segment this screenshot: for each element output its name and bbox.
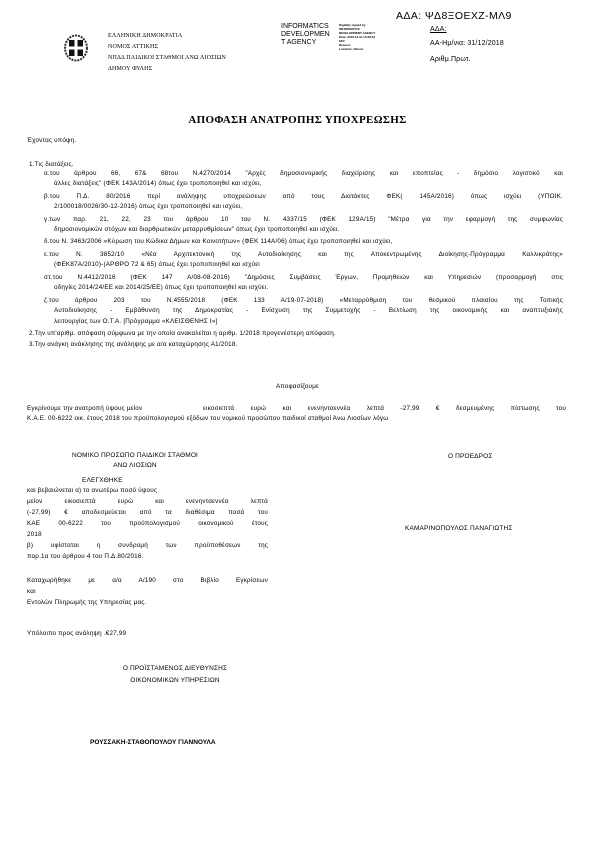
ada-label: ΑΔΑ: xyxy=(430,26,447,33)
provision-g-line-2: Αυτοδιοίκησης - Εμβάθυνση της Δημοκρατία… xyxy=(54,307,563,314)
verification-a-line-2: μείον εικοσιεπτά ευρώ και ενενηνταεννέα … xyxy=(27,498,268,505)
point-2: 2.Την υπ'αριθμ. απόφαση σύμφωνα με την ο… xyxy=(29,330,336,337)
registration-line-3: Εντολών Πληρωμής της Υπηρεσίας μας. xyxy=(27,599,146,606)
ada-code: ΑΔΑ: ΨΔ8ΞΟΕΧΖ-ΜΛ9 xyxy=(396,10,512,22)
verification-b-line-2: παρ.1α του άρθρου 4 του Π.Δ.80/2016. xyxy=(27,553,144,560)
document-title: ΑΠΟΦΑΣΗ ΑΝΑΤΡΟΠΗΣ ΥΠΟΧΡΕΩΣΗΣ xyxy=(0,114,595,126)
verification-a-line-3: (-27,99) € αποδεσμεύεται από τα διαθέσιμ… xyxy=(27,509,268,516)
signature-details: Digitally signed by INFORMATICS DEVELOPM… xyxy=(339,23,375,51)
intro-text: Έχοντας υπόψη. xyxy=(27,137,76,144)
provision-f-line-2: οδηγίες 2014/24/ΕΕ και 2014/25/ΕΕ) όπως … xyxy=(54,284,268,291)
director-title-line-2: ΟΙΚΟΝΟΜΙΚΩΝ ΥΠΗΡΕΣΙΩΝ xyxy=(0,677,350,684)
point-3: 3.Την ανάγκη ανάκλησης της ανάληψης με α… xyxy=(29,341,238,348)
agency-name: INFORMATICS DEVELOPMEN T AGENCY xyxy=(281,23,330,47)
provision-c-line-1: γ.των παρ. 21, 22, 23 του άρθρου 10 του … xyxy=(44,216,563,223)
director-title-line-1: Ο ΠΡΟΪΣΤΑΜΕΝΟΣ ΔΙΕΥΘΥΝΣΗΣ xyxy=(0,665,350,672)
decision-line-1b: εικοσιεπτά ευρώ και ενενηνταεννέα λεπτά … xyxy=(203,405,566,412)
provisions-heading: 1.Τις διατάξεις. xyxy=(29,161,74,168)
protocol-number: Αριθμ.Πρωτ. xyxy=(430,56,471,63)
remaining-amount: Υπόλοιπο προς ανάληψη .€27,99 xyxy=(27,630,126,637)
provision-b-line-1: β.του Π.Δ. 80/2016 περί ανάληψης υποχρεώ… xyxy=(44,193,563,200)
verification-a-line-5: 2018 xyxy=(27,531,42,538)
authority-line-prefecture: ΝΟΜΟΣ ΑΤΤΙΚΗΣ xyxy=(108,44,158,50)
director-name: ΡΟΥΣΣΑΚΗ-ΣΤΑΘΟΠΟΥΛΟΥ ΓΙΑΝΝΟΥΛΑ xyxy=(90,739,216,746)
authority-line-entity: ΝΠΔΔ ΠΑΙΔΙΚΟΙ ΣΤΑΘΜΟΙ ΑΝΩ ΛΙΟΣΙΩΝ xyxy=(108,55,226,61)
decision-line-1a: Εγκρίνουμε την ανατροπή ύψους μείον xyxy=(27,405,142,412)
verification-a-line-4: ΚΑΕ 00-6222 του προϋπολογισμού οικονομικ… xyxy=(27,520,268,527)
registration-line-2: και xyxy=(27,588,36,595)
provision-a-line-2: άλλες διατάξεις" (ΦΕΚ 143Α/2014) όπως έχ… xyxy=(54,180,262,187)
document-date: ΑΑ-Ημ/νια: 31/12/2018 xyxy=(430,40,504,47)
provision-b-line-2: 2/100018/0026/30-12-2016) όπως έχει τροπ… xyxy=(54,203,242,210)
provision-e-line-2: (ΦΕΚ87Α/2010)-(ΑΡΘΡΟ 72 & 65) όπως έχει … xyxy=(54,261,260,268)
provision-d-line-1: δ.του Ν. 3463/2006 «Κύρωση του Κώδικα Δή… xyxy=(44,238,392,245)
provision-g-line-1: ζ.του άρθρου 203 του Ν.4555/2018 (ΦΕΚ 13… xyxy=(44,297,563,304)
verification-a-line-1: και βεβαιώνεται α) το ανωτέρω ποσό ύψους xyxy=(27,487,157,494)
authority-line-country: ΕΛΛΗΝΙΚΗ ΔΗΜΟΚΡΑΤΙΑ xyxy=(108,33,182,39)
president-title: Ο ΠΡΟΕΔΡΟΣ xyxy=(448,453,493,460)
president-name: ΚΑΜΑΡΙΝΟΠΟΥΛΟΣ ΠΑΝΑΓΙΩΤΗΣ xyxy=(405,525,513,532)
registration-line-1: Καταχωρήθηκε με α/α Α/190 στο Βιβλίο Εγκ… xyxy=(27,577,268,584)
provision-g-line-3: λειτουργίας των Ο.Τ.Α. [Πρόγραμμα «ΚΛΕΙΣ… xyxy=(54,318,218,325)
provision-f-line-1: στ.του Ν.4412/2016 (ΦΕΚ 147 Α/08-08-2016… xyxy=(44,274,563,281)
greek-emblem-icon xyxy=(64,34,88,62)
provision-a-line-1: α.του άρθρου 66, 67& 68του Ν.4270/2014 "… xyxy=(44,170,563,177)
decision-line-2: Κ.Α.Ε. 00-6222 οικ. έτους 2018 του προϋπ… xyxy=(27,415,388,422)
org-name-line-1: ΝΟΜΙΚΟ ΠΡΟΣΩΠΟ ΠΑΙΔΙΚΟΙ ΣΤΑΘΜΟΙ xyxy=(0,452,270,459)
authority-line-municipality: ΔΗΜΟΥ ΦΥΛΗΣ xyxy=(108,66,152,72)
decide-heading: Αποφασίζουμε xyxy=(0,383,595,390)
verification-b-line-1: β) υφίσταται η συνδρομή των προϋποθέσεων… xyxy=(27,542,268,549)
provision-c-line-2: δημοσιονομικών στόχων και διαρθρωτικών μ… xyxy=(54,226,340,233)
provision-e-line-1: ε.του Ν. 3852/10 «Νέα Αρχιτεκτονική της … xyxy=(44,251,563,258)
org-name-line-2: ΑΝΩ ΛΙΟΣΙΩΝ xyxy=(0,462,270,469)
checked-label: ΕΛΕΓΧΘΗΚΕ xyxy=(82,477,123,484)
